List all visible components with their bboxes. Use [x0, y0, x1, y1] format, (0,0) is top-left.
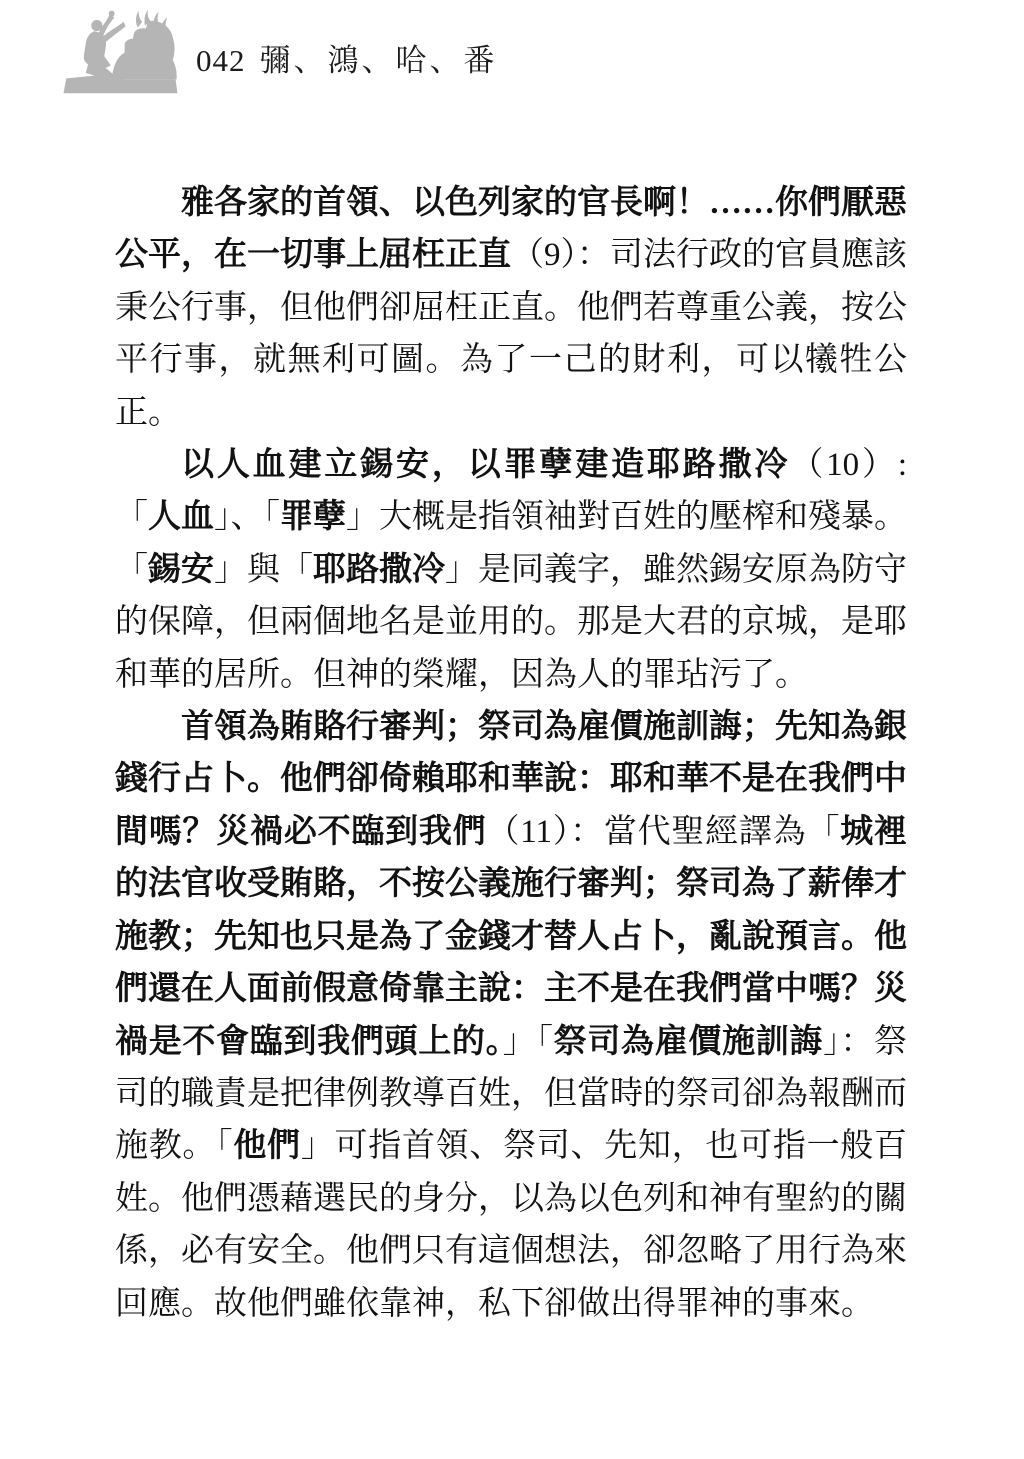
bold-text-run: 人血: [148, 499, 214, 535]
text-run: 」「: [503, 1024, 554, 1060]
running-head: 042彌、鴻、哈、番: [196, 35, 498, 96]
page-number: 042: [196, 43, 246, 78]
bold-text-run: 錫安: [148, 552, 214, 588]
paragraph: 雅各家的首領、以色列家的官長啊！……你們厭惡公平，在一切事上屈枉正直（9）：司法…: [115, 177, 907, 439]
bold-text-run: 罪孽: [280, 499, 346, 535]
book-abbreviations: 彌、鴻、哈、番: [260, 43, 498, 78]
text-run: （11）：當代聖經譯為「: [486, 814, 840, 850]
body-text: 雅各家的首領、以色列家的官長啊！……你們厭惡公平，在一切事上屈枉正直（9）：司法…: [115, 177, 907, 1330]
prophet-altar-logo-icon: [58, 8, 182, 96]
text-run: 」與「: [214, 552, 313, 588]
bold-text-run: 耶路撒冷: [313, 552, 445, 588]
bold-text-run: 以人血建立錫安，以罪孽建造耶路撒冷: [181, 447, 790, 483]
book-page: 042彌、鴻、哈、番 雅各家的首領、以色列家的官長啊！……你們厭惡公平，在一切事…: [0, 0, 1024, 1459]
paragraph: 以人血建立錫安，以罪孽建造耶路撒冷（10）:「人血」、「罪孽」大概是指領袖對百姓…: [115, 439, 907, 701]
paragraph: 首領為賄賂行審判；祭司為雇價施訓誨；先知為銀錢行占卜。他們卻倚賴耶和華說：耶和華…: [115, 701, 907, 1330]
bold-text-run: 祭司為雇價施訓誨: [554, 1024, 824, 1060]
page-header: 042彌、鴻、哈、番: [58, 8, 498, 96]
text-run: 」、「: [214, 499, 280, 535]
bold-text-run: 他們: [233, 1128, 300, 1164]
